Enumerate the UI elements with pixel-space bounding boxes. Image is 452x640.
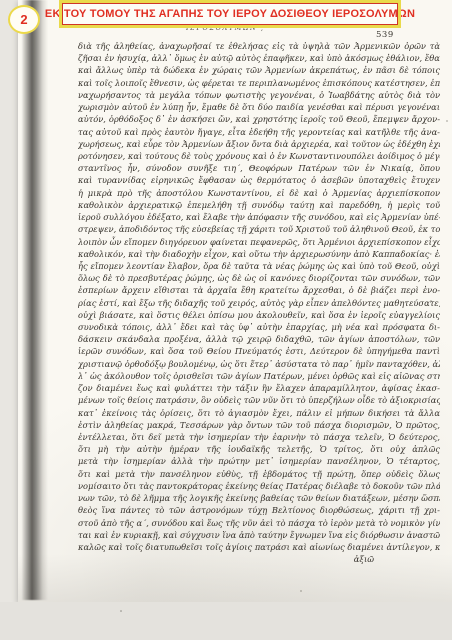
text-line: καθολικόν, καὶ τὴν διαδοχὴν εἶχον, καὶ ο… xyxy=(78,248,440,260)
text-line: τας αὐτοῦ καὶ πρὸς ἑαυτὸν ἤγαγε, εἶτα ἐδ… xyxy=(78,126,440,138)
line-text: ὅτι καὶ μετὰ τὴν πανσέληνον εὐθὺς, τῇ ἑβ… xyxy=(78,469,440,479)
text-line: καὶ τυραννίδας εἰρηνικῶς ἔφθασαν ὡς θερμ… xyxy=(78,174,440,186)
line-text: χωρισμὸν αὐτοῦ ἐν λύπῃ ἦν, ἔμαθε δὲ ὅτι … xyxy=(78,102,440,112)
text-line: ἧς εἴπομεν λεοντίαν ἔλαβον, ὅρα δὲ ταῦτα… xyxy=(78,260,440,272)
text-line: συνοδικὰ τόποις, ἀλλ᾽ ἔδει καὶ τὰς ὑφ᾽ α… xyxy=(78,321,440,333)
text-line: 15ἱεροῦ συλλόγου ἐδέξατο, καὶ ἔλαβε τὴν … xyxy=(78,211,440,223)
text-line: θεὸς ἵνα πάντες τὸ τῶν ἀστρονόμων τύχῃ Β… xyxy=(78,504,440,516)
text-line: 10ροτόνησεν, καὶ τούτους δὲ τοὺς χρόνους… xyxy=(78,150,440,162)
line-text: οὐχὶ βιάσατε, καὶ ὅστις θέλει ὀπίσω μου … xyxy=(78,310,440,320)
text-line: νομίσαιτο ὅτι τὰς παντοκράτορας ἐκείνης … xyxy=(78,480,440,492)
line-text: λ᾽ ὡς ἀκόλουθον τοῖς ὁρισθεῖσι τῶν ἁγίων… xyxy=(78,371,440,381)
line-text: αὐτόν, ὀρθόδοξος δ᾽ ἐν ἀσκήσει ὤν, καὶ χ… xyxy=(78,114,440,124)
text-line: καλῶς καὶ τοῖς διατυπωθεῖσι τοῖς ἁγίοις … xyxy=(78,541,440,553)
text-line: ἑσπερίων ἄρχειν εἴθισται τὰ ἀρχαῖα ἔθη κ… xyxy=(78,284,440,296)
line-text: ἡ μικρὰ πρὸ τῆς ἀποστόλου Κωνσταντίνου, … xyxy=(78,188,440,198)
text-line: κατ᾽ ἐκείνοις τὰς ὁρίσεις, ὅτι τὸ ἁγιασμ… xyxy=(78,407,440,419)
text-line: ζον διαμένει ἕως καὶ φυλάττει τὴν τάξιν … xyxy=(78,382,440,394)
scan-bottom-margin xyxy=(0,602,452,640)
text-line: οὐχὶ βιάσατε, καὶ ὅστις θέλει ὀπίσω μου … xyxy=(78,309,440,321)
line-text: λοιπὸν ὧν εἴπομεν διηγόρευον φαίνεται πε… xyxy=(78,237,440,247)
text-line: αὐτόν, ὀρθόδοξος δ᾽ ἐν ἀσκήσει ὤν, καὶ χ… xyxy=(78,113,440,125)
line-text: ἧς εἴπομεν λεοντίαν ἔλαβον, ὅρα δὲ ταῦτα… xyxy=(78,261,440,271)
text-line: καὶ τοῖς λοιποῖς ἔθνεσιν, ὡς φέρεται τε … xyxy=(78,77,440,89)
title-highlight-box: ΕΚ ΤΟΥ ΤΟΜΟΥ ΤΗΣ ΑΓΑΠΗΣ ΤΟΥ ΙΕΡΟΥ ΔΟΣΙΘΕ… xyxy=(62,3,398,25)
text-line: καὶ ἄλλως ὑπὲρ τὰ δώδεκα ἐν χώραις τῶν Ἀ… xyxy=(78,64,440,76)
scan-speck xyxy=(300,590,302,592)
text-line: διὰ τῆς ἀληθείας, ἀναχωρῆσαί τε ἐθελήσας… xyxy=(78,40,440,52)
line-text: δάσκειν σκάνδαλα προξένα, ἀλλὰ τῷ χειρῷ … xyxy=(78,334,440,344)
text-line: στρεψεν, ἀποδιδόντος τῆς εὐσεβείας τῇ χά… xyxy=(78,223,440,235)
line-text: ρίας ἐστί, καὶ ἔξω τῆς διδαχῆς τοῦ χειρό… xyxy=(78,298,440,308)
line-text: καὶ τυραννίδας εἰρηνικῶς ἔφθασαν ὡς θερμ… xyxy=(78,175,440,185)
text-line: ἐστὶν ἀληθείας μακρά, Τεσσάρων γὰρ ὄντων… xyxy=(78,419,440,431)
page-number: 539 xyxy=(376,30,394,40)
text-line: χωρήσεως, καὶ εὗρε τὸν Ἀρμενίων ἄξιον ὄν… xyxy=(78,138,440,150)
line-text: μετὰ τὴν ἰσημερίαν ἀλλὰ τὴν πρώτην μετ᾽ … xyxy=(78,456,440,466)
text-line: χριστιανῷ ὀρθοδόξῳ βουλομένῳ, ὡς ὅτι ἕτε… xyxy=(78,358,440,370)
line-text: καθολικόν, καὶ τὴν διαδοχὴν εἶχον, καὶ ο… xyxy=(78,249,440,259)
line-text: ἐστὶν ἀληθείας μακρά, Τεσσάρων γὰρ ὄντων… xyxy=(78,420,440,430)
scan-speck xyxy=(120,610,122,612)
line-text: ἱεροῦ συλλόγου ἐδέξατο, καὶ ἔλαβε τὴν ἀπ… xyxy=(78,212,440,222)
text-line: ἐντέλλεται, ὅτι δεῖ μετὰ τὴν ἰσημερίαν τ… xyxy=(78,431,440,443)
line-text: στοῦ ἀπὸ τῆς α΄, συνόδου καὶ ἕως τῆς νῦν… xyxy=(78,518,440,528)
line-text: συνοδικὰ τόποις, ἀλλ᾽ ἔδει καὶ τὰς ὑφ᾽ α… xyxy=(78,322,440,332)
page-title: ΕΚ ΤΟΥ ΤΟΜΟΥ ΤΗΣ ΑΓΑΠΗΣ ΤΟΥ ΙΕΡΟΥ ΔΟΣΙΘΕ… xyxy=(45,8,415,20)
text-line: 5ναχωρήσαντος τὰ μεγάλα τόπων φωτιστὴς γ… xyxy=(78,89,440,101)
text-line: ζῆσαι ἐν ἡσυχίᾳ, ἀλλ᾽ ὅμως ἐν αὐτῷ αὐτὸς… xyxy=(78,52,440,64)
annotation-badge: 2 xyxy=(8,5,40,34)
line-text: ἑσπερίων ἄρχειν εἴθισται τὰ ἀρχαῖα ἔθη κ… xyxy=(78,285,440,295)
line-text: χωρήσεως, καὶ εὗρε τὸν Ἀρμενίων ἄξιον ὄν… xyxy=(78,139,440,149)
text-line: χωρισμὸν αὐτοῦ ἐν λύπῃ ἦν, ἔμαθε δὲ ὅτι … xyxy=(78,101,440,113)
line-text: ἱερῶν συνόδων, καὶ ὅσα τοῦ Θείου Πνεύματ… xyxy=(78,346,440,356)
line-text: καὶ ἄλλως ὑπὲρ τὰ δώδεκα ἐν χώραις τῶν Ἀ… xyxy=(78,65,440,75)
text-line: ἱερῶν συνόδων, καὶ ὅσα τοῦ Θείου Πνεύματ… xyxy=(78,345,440,357)
line-text: νων τῶν, τὸ δὲ λῆμμα τῆς λογικῆς ἐκείνης… xyxy=(78,493,440,503)
body-text-block: διὰ τῆς ἀληθείας, ἀναχωρῆσαί τε ἐθελήσας… xyxy=(78,40,440,565)
line-text: καὶ τοῖς λοιποῖς ἔθνεσιν, ὡς φέρεται τε … xyxy=(78,78,440,88)
line-text: κατ᾽ ἐκείνοις τὰς ὁρίσεις, ὅτι τὸ ἁγιασμ… xyxy=(78,408,440,418)
text-line: καθολικὸν ἀρχιερατικῷ ἐπεμελήθη τῇ συνόδ… xyxy=(78,199,440,211)
line-text: ροτόνησεν, καὶ τούτους δὲ τοὺς χρόνους κ… xyxy=(78,151,440,161)
text-line: ἡ μικρὰ πρὸ τῆς ἀποστόλου Κωνσταντίνου, … xyxy=(78,187,440,199)
line-text: νομίσαιτο ὅτι τὰς παντοκράτορας ἐκείνης … xyxy=(78,481,440,491)
line-text: τας αὐτοῦ καὶ πρὸς ἑαυτὸν ἤγαγε, εἶτα ἐδ… xyxy=(78,127,440,137)
scan-speck xyxy=(446,120,448,122)
text-line: 30μένων τοῖς θείοις πατράσιν, ὃν οὐδεὶς … xyxy=(78,394,440,406)
line-text: ὅτι μὴ τὴν αὐτὴν ἡμέραν τῆς ἰουδαϊκῆς τε… xyxy=(78,444,440,454)
catchword: ἀξιῶ xyxy=(78,553,440,565)
text-line: 40στοῦ ἀπὸ τῆς α΄, συνόδου καὶ ἕως τῆς ν… xyxy=(78,517,440,529)
line-text: καλῶς καὶ τοῖς διατυπωθεῖσι τοῖς ἁγίοις … xyxy=(78,542,440,552)
text-line: 25δάσκειν σκάνδαλα προξένα, ἀλλὰ τῷ χειρ… xyxy=(78,333,440,345)
text-line: 35μετὰ τὴν ἰσημερίαν ἀλλὰ τὴν πρώτην μετ… xyxy=(78,455,440,467)
text-line: λ᾽ ὡς ἀκόλουθον τοῖς ὁρισθεῖσι τῶν ἁγίων… xyxy=(78,370,440,382)
text-line: ὅτι μὴ τὴν αὐτὴν ἡμέραν τῆς ἰουδαϊκῆς τε… xyxy=(78,443,440,455)
scan-speck xyxy=(430,300,432,302)
annotation-badge-number: 2 xyxy=(20,12,27,27)
line-text: σταντῖνος ἦν, σύνοδον συνῆξε τιη΄, Θεοφό… xyxy=(78,163,440,173)
text-line: σταντῖνος ἦν, σύνοδον συνῆξε τιη΄, Θεοφό… xyxy=(78,162,440,174)
line-text: χριστιανῷ ὀρθοδόξῳ βουλομένῳ, ὡς ὅτι ἕτε… xyxy=(78,359,440,369)
line-text: ἐντέλλεται, ὅτι δεῖ μετὰ τὴν ἰσημερίαν τ… xyxy=(78,432,440,442)
running-header: ΙΕΡΟΣΟΛΥΜΩΝ , xyxy=(186,24,265,32)
line-text: ναχωρήσαντος τὰ μεγάλα τόπων φωτιστὴς γε… xyxy=(78,90,440,100)
line-text: ζον διαμένει ἕως καὶ φυλάττει τὴν τάξιν … xyxy=(78,383,440,393)
line-text: καθολικὸν ἀρχιερατικῷ ἐπεμελήθη τῇ συνόδ… xyxy=(78,200,440,210)
text-line: ὅτι καὶ μετὰ τὴν πανσέληνον εὐθὺς, τῇ ἑβ… xyxy=(78,468,440,480)
text-line: νων τῶν, τὸ δὲ λῆμμα τῆς λογικῆς ἐκείνης… xyxy=(78,492,440,504)
text-line: ρίας ἐστί, καὶ ἔξω τῆς διδαχῆς τοῦ χειρό… xyxy=(78,297,440,309)
line-text: στρεψεν, ἀποδιδόντος τῆς εὐσεβείας τῇ χά… xyxy=(78,224,440,234)
line-text: ὅλως δὲ τὸ πρεσβυτέρας ῥώμης, ὡς δὲ ὡς ο… xyxy=(78,273,440,283)
scanned-book-page: { "theme": { "accent_red": "#e02f22", "h… xyxy=(0,0,452,640)
text-line: λοιπὸν ὧν εἴπομεν διηγόρευον φαίνεται πε… xyxy=(78,236,440,248)
text-lines: διὰ τῆς ἀληθείας, ἀναχωρῆσαί τε ἐθελήσας… xyxy=(78,40,440,553)
line-text: ται καὶ ἐν κυριακῇ, καὶ σύγχυσιν ἵνα ἀπὸ… xyxy=(78,530,440,540)
line-text: μένων τοῖς θείοις πατράσιν, ὃν οὐδεὶς τῶ… xyxy=(78,395,440,405)
text-line: 20ὅλως δὲ τὸ πρεσβυτέρας ῥώμης, ὡς δὲ ὡς… xyxy=(78,272,440,284)
line-text: διὰ τῆς ἀληθείας, ἀναχωρῆσαί τε ἐθελήσας… xyxy=(78,41,440,51)
line-text: ζῆσαι ἐν ἡσυχίᾳ, ἀλλ᾽ ὅμως ἐν αὐτῷ αὐτὸς… xyxy=(78,53,440,63)
text-line: ται καὶ ἐν κυριακῇ, καὶ σύγχυσιν ἵνα ἀπὸ… xyxy=(78,529,440,541)
book-binding-shadow xyxy=(22,0,48,600)
line-text: θεὸς ἵνα πάντες τὸ τῶν ἀστρονόμων τύχῃ Β… xyxy=(78,505,440,515)
